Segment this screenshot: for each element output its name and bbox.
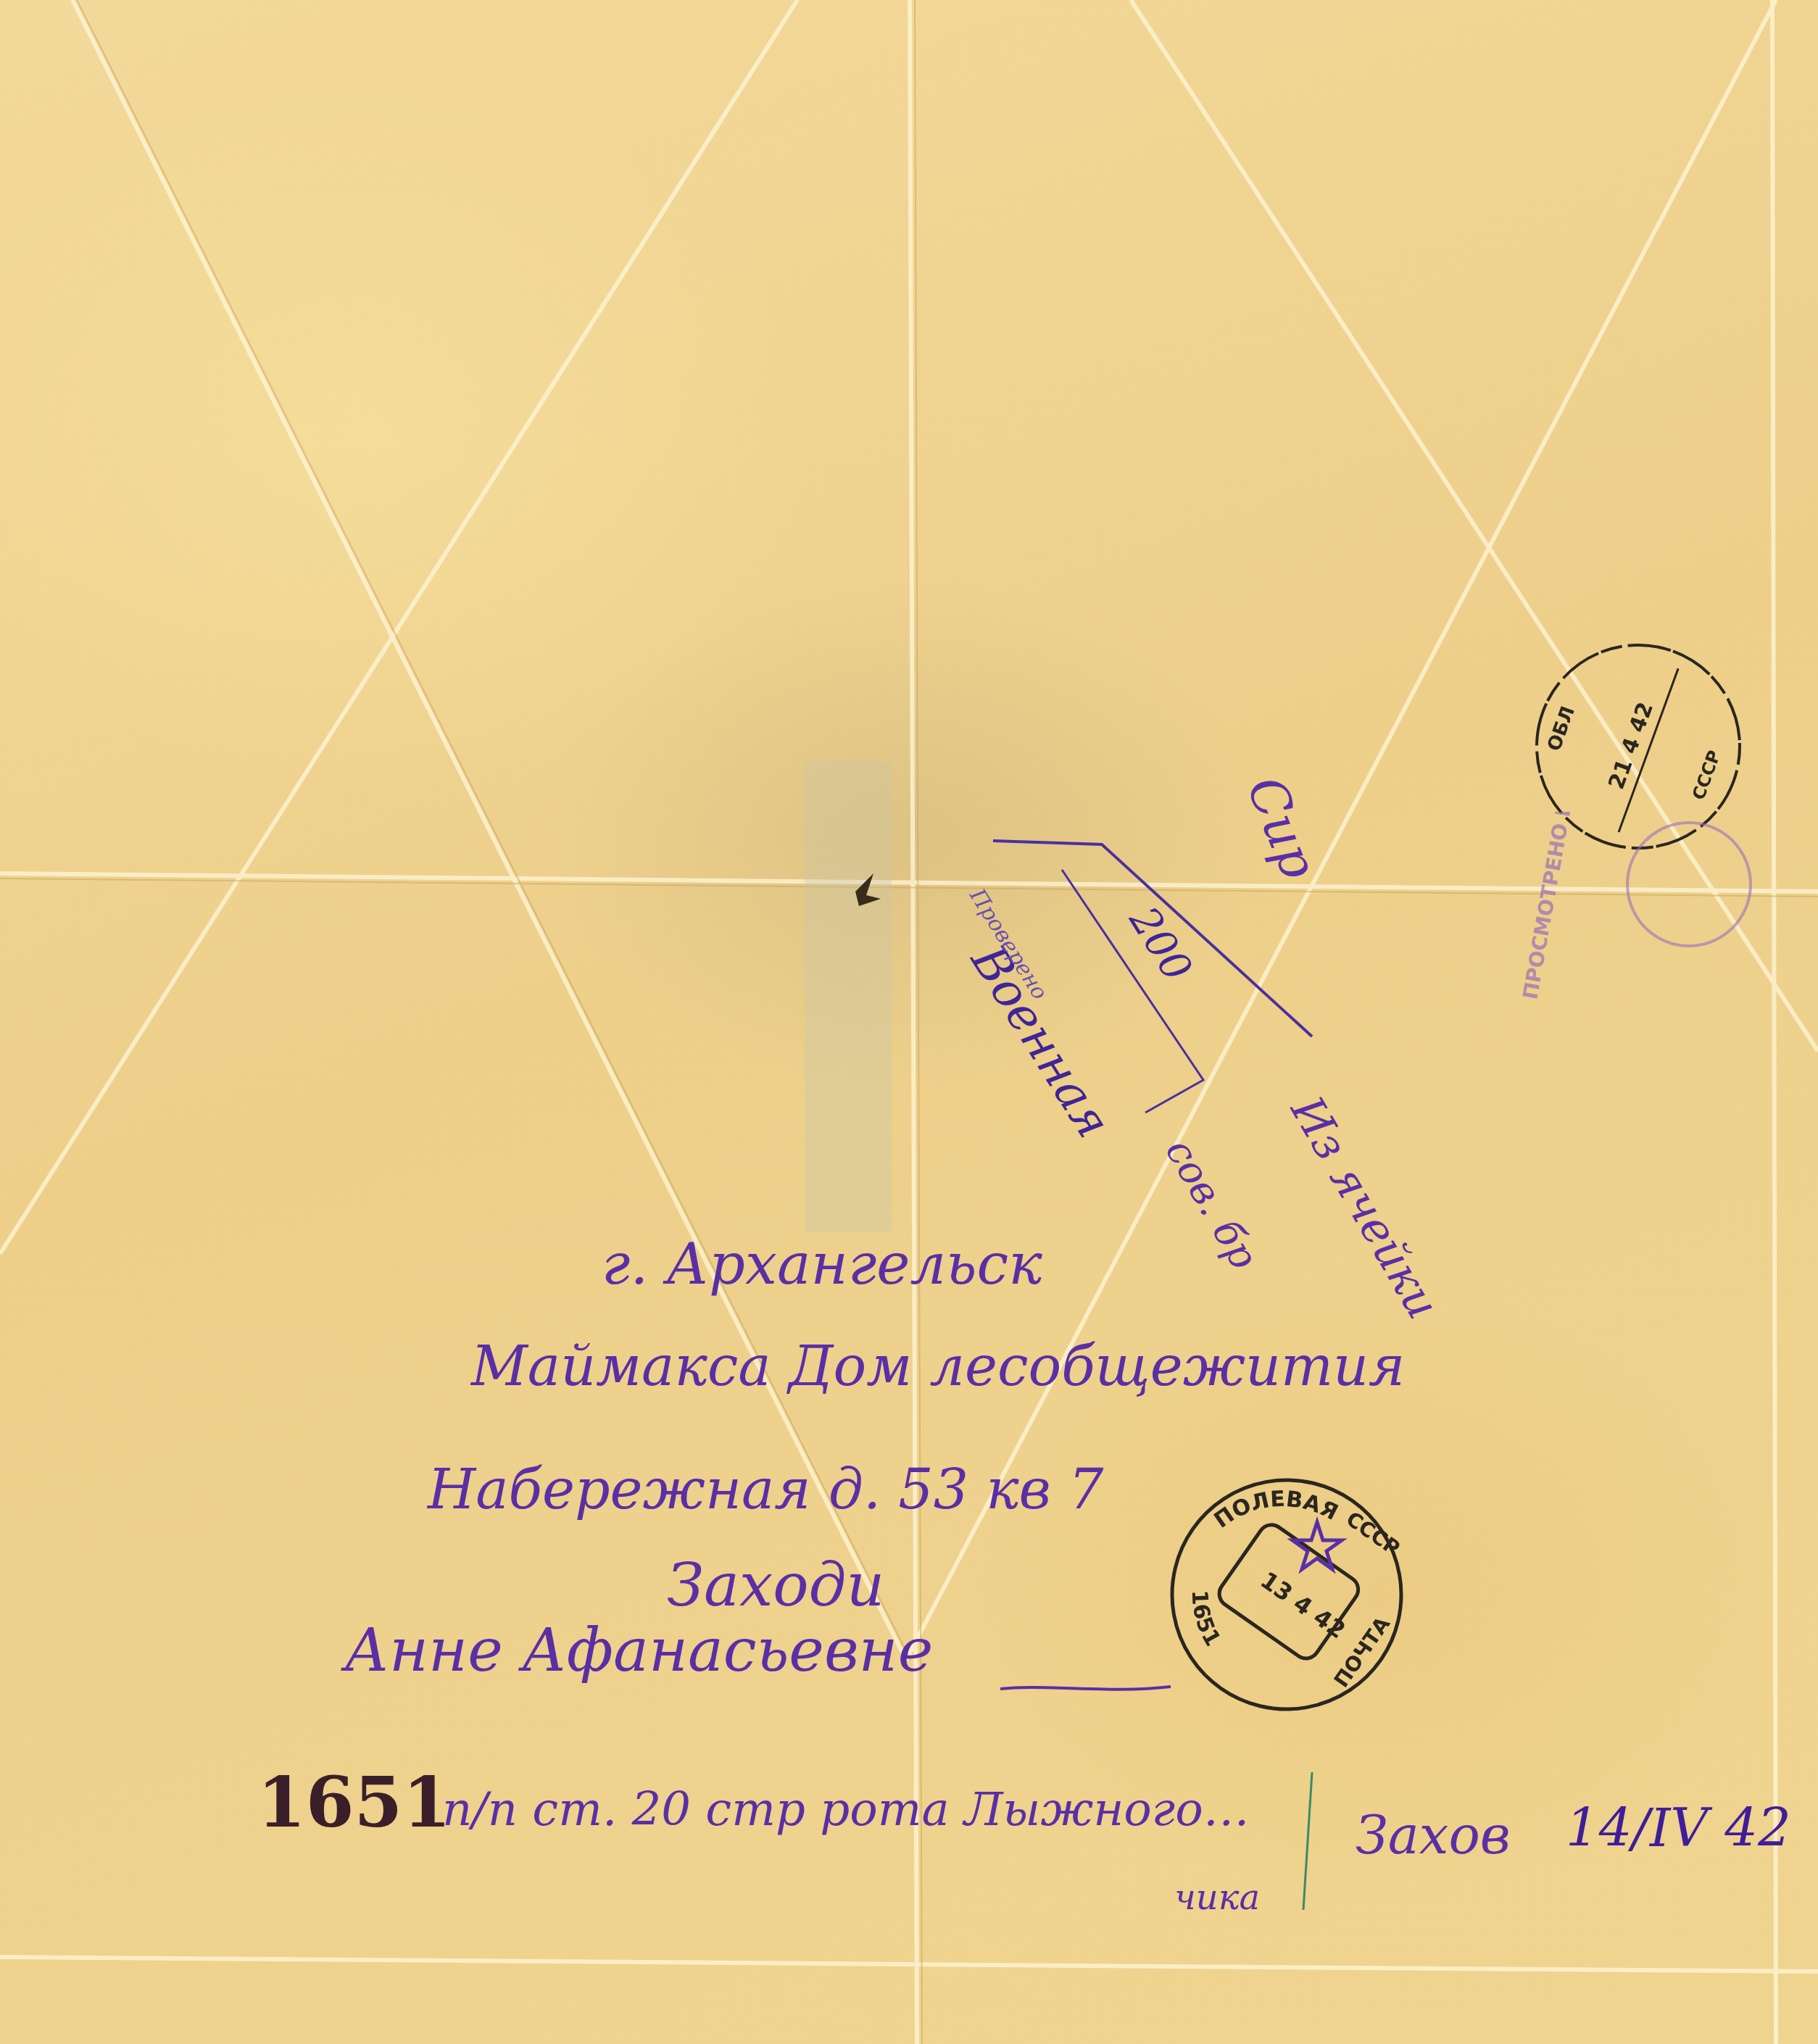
censor-stamp: ПРОСМОТРЕНО Военной цензурой (1493, 812, 1769, 1044)
field-post-postmark: ПОЛЕВАЯ 1651 13 4 42 СССР ПОЧТА (1163, 1471, 1410, 1718)
sender-field-post-number: 1651 (257, 1761, 451, 1843)
svg-text:ПРОСМОТРЕНО Военной цензурой: ПРОСМОТРЕНО Военной цензурой (1518, 812, 1611, 1001)
address-surname: Заходи (667, 1551, 884, 1620)
sender-surname: Захов (1356, 1805, 1511, 1866)
address-street: Набережная д. 53 кв 7 (428, 1457, 1103, 1521)
svg-text:13 4 42: 13 4 42 (1255, 1566, 1350, 1645)
sender-unit-line: п/п ст. 20 стр рота Лыжного… (442, 1783, 1250, 1837)
sender-unit-line-continued: чика (1174, 1877, 1260, 1918)
star-icon (1292, 1522, 1342, 1569)
svg-text:СССР: СССР (1688, 747, 1724, 802)
green-pencil-mark (1298, 1769, 1319, 1914)
underline-stroke (1000, 1678, 1174, 1700)
address-city: г. Архангельск (602, 1232, 1042, 1297)
svg-text:ОБЛ: ОБЛ (1543, 704, 1580, 755)
address-district: Маймакса Дом лесобщежития (471, 1334, 1405, 1398)
address-name: Анне Афанасьевне (344, 1616, 933, 1685)
svg-text:СССР: СССР (1342, 1507, 1404, 1561)
sender-date: 14/IV 42 (1566, 1798, 1791, 1858)
